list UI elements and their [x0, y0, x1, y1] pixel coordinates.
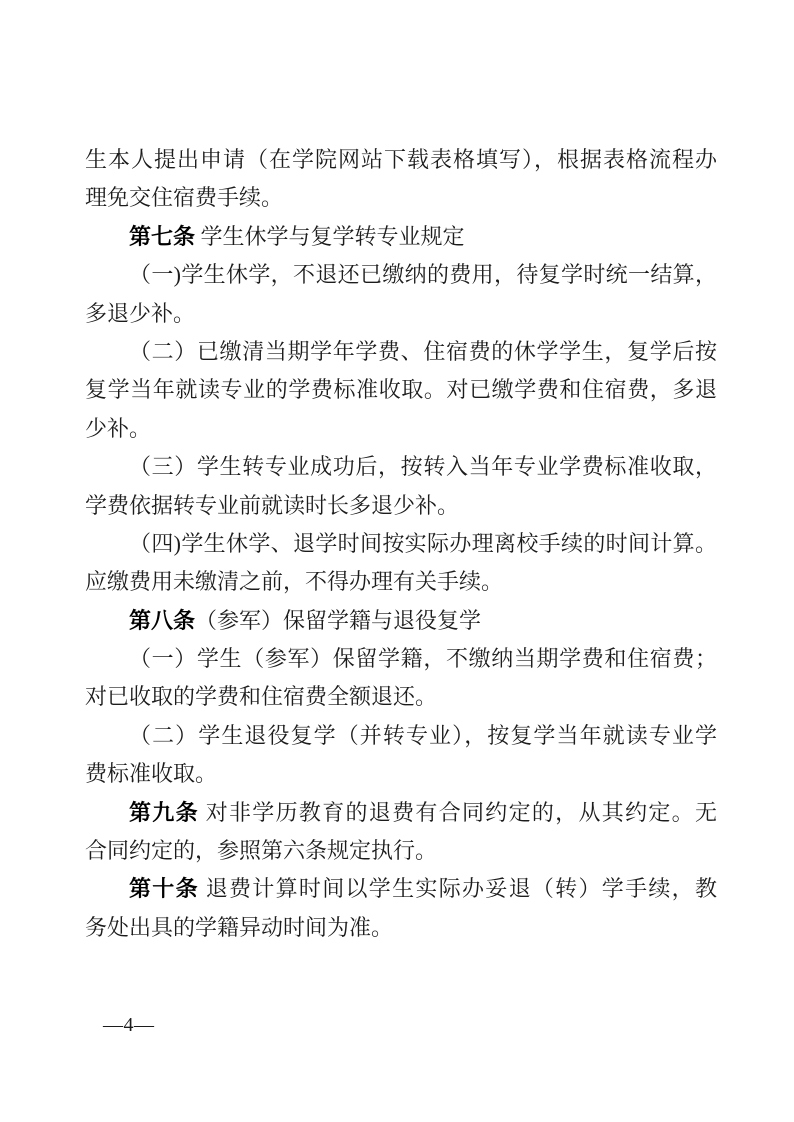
article-number: 第七条 [129, 224, 195, 249]
line-text: 生本人提出申请（在学院网站下载表格填写），根据表格流程办 [85, 147, 717, 172]
article-heading-line: 第七条 学生休学与复学转专业规定 [85, 218, 717, 256]
line-text: （二）已缴清当期学年学费、住宿费的休学学生，复学后按 [129, 339, 717, 364]
text-line: （二）学生退役复学（并转专业），按复学当年就读专业学 [85, 717, 717, 755]
text-line: （一)学生休学，不退还已缴纳的费用，待复学时统一结算， [85, 256, 717, 294]
line-text: 复学当年就读专业的学费标准收取。对已缴学费和住宿费，多退 [85, 377, 717, 402]
line-text: 少补。 [85, 416, 151, 441]
article-heading-line: 第十条 退费计算时间以学生实际办妥退（转）学手续，教 [85, 870, 717, 908]
page-number: —4— [103, 1012, 155, 1038]
line-text: 对已收取的学费和住宿费全额退还。 [85, 684, 437, 709]
line-text: （三）学生转专业成功后，按转入当年专业学费标准收取， [129, 454, 717, 479]
article-heading-line: 第九条 对非学历教育的退费有合同约定的，从其约定。无 [85, 794, 717, 832]
line-text: 应缴费用未缴清之前，不得办理有关手续。 [85, 569, 503, 594]
article-number: 第八条 [129, 608, 195, 633]
article-heading-line: 第八条（参军）保留学籍与退役复学 [85, 602, 717, 640]
document-body: 生本人提出申请（在学院网站下载表格填写），根据表格流程办 理免交住宿费手续。 第… [85, 141, 717, 947]
line-text: 费标准收取。 [85, 761, 217, 786]
article-number: 第十条 [129, 876, 199, 901]
line-text: （四)学生休学、退学时间按实际办理离校手续的时间计算。 [129, 531, 717, 556]
line-text: 务处出具的学籍异动时间为准。 [85, 915, 393, 940]
line-text: （参军）保留学籍与退役复学 [195, 608, 481, 633]
line-text: 合同约定的，参照第六条规定执行。 [85, 838, 437, 863]
line-text: 退费计算时间以学生实际办妥退（转）学手续，教 [199, 876, 717, 901]
line-text: 多退少补。 [85, 301, 195, 326]
line-text: 对非学历教育的退费有合同约定的，从其约定。无 [199, 800, 717, 825]
text-line: （二）已缴清当期学年学费、住宿费的休学学生，复学后按 [85, 333, 717, 371]
text-line: （三）学生转专业成功后，按转入当年专业学费标准收取， [85, 448, 717, 486]
article-number: 第九条 [129, 800, 199, 825]
text-line: （一）学生（参军）保留学籍，不缴纳当期学费和住宿费； [85, 640, 717, 678]
line-text: 学费依据转专业前就读时长多退少补。 [85, 493, 459, 518]
line-text: （一）学生（参军）保留学籍，不缴纳当期学费和住宿费； [129, 646, 717, 671]
document-page: 生本人提出申请（在学院网站下载表格填写），根据表格流程办 理免交住宿费手续。 第… [0, 0, 794, 1122]
line-text: 学生休学与复学转专业规定 [195, 224, 465, 249]
line-text: 理免交住宿费手续。 [85, 185, 283, 210]
line-text: （二）学生退役复学（并转专业），按复学当年就读专业学 [129, 723, 717, 748]
text-line: 复学当年就读专业的学费标准收取。对已缴学费和住宿费，多退 [85, 371, 717, 409]
text-line: （四)学生休学、退学时间按实际办理离校手续的时间计算。 [85, 525, 717, 563]
text-line: 生本人提出申请（在学院网站下载表格填写），根据表格流程办 [85, 141, 717, 179]
line-text: （一)学生休学，不退还已缴纳的费用，待复学时统一结算， [129, 262, 717, 287]
